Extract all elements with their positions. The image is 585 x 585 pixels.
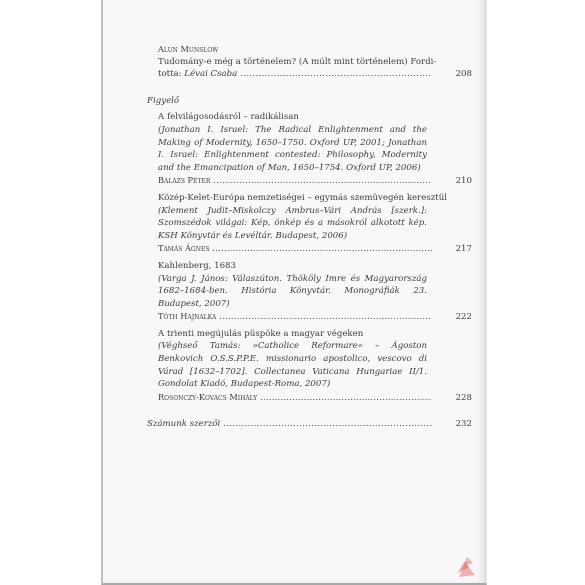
page-number: 208	[432, 68, 472, 81]
publisher-logo-icon	[455, 553, 477, 579]
entry-review-reference: (Klement Judit–Miskolczy Ambrus–Vári And…	[158, 205, 427, 243]
translator-name: Lévai Csaba	[184, 69, 237, 79]
entry-page-row: Tóth Hajnalka222	[158, 310, 472, 324]
section-heading-figyelo: Figyelő	[147, 95, 472, 108]
toc-entry-authors: Számunk szerzői 232	[147, 418, 472, 431]
entry-review-reference: (Varga J. János: Válaszúton. Thököly Imr…	[158, 273, 427, 311]
page-number: 228	[432, 392, 472, 405]
toc-entry: Közép-Kelet-Európa nemzetiségei – egymás…	[158, 192, 472, 256]
entry-title: Kahlenberg, 1683	[158, 260, 472, 273]
toc-entry: Kahlenberg, 1683(Varga J. János: Válaszú…	[158, 260, 472, 324]
entry-page-row: totta: Lévai Csaba 208	[158, 68, 472, 81]
page-number: 217	[432, 243, 472, 256]
entry-title: A trienti megújulás püspöke a magyar vég…	[158, 328, 472, 341]
page-number: 210	[432, 175, 472, 188]
entry-author: Tóth Hajnalka	[158, 310, 432, 323]
entry-review-reference: (Véghseő Tamás: »Catholice Reformare« – …	[158, 340, 427, 390]
authors-section-label: Számunk szerzői	[147, 418, 432, 431]
entry-title: A felvilágosodásról – radikálisan	[158, 111, 472, 124]
entry-review-reference: (Jonathan I. Israel: The Radical Enlight…	[158, 124, 427, 174]
toc-entry-munslow: Alun Munslow Tudomány-e még a történelem…	[158, 43, 472, 81]
entry-page-row: Tamás Ágnes217	[158, 242, 472, 256]
page-number: 222	[432, 311, 472, 324]
entry-author: Alun Munslow	[158, 43, 472, 56]
entry-author: Rosonczy-Kovács Mihály	[158, 391, 432, 404]
entry-author: Tamás Ágnes	[158, 242, 432, 255]
entry-page-row: Balázs Péter210	[158, 174, 472, 188]
entry-title-line: Tudomány-e még a történelem? (A múlt min…	[158, 56, 472, 69]
page-number: 232	[432, 418, 472, 431]
entry-author: Balázs Péter	[158, 174, 432, 187]
entry-title: Közép-Kelet-Európa nemzetiségei – egymás…	[158, 192, 472, 205]
table-of-contents: Alun Munslow Tudomány-e még a történelem…	[147, 43, 472, 431]
entry-page-row: Rosonczy-Kovács Mihály228	[158, 391, 472, 405]
toc-entry: A felvilágosodásról – radikálisan(Jonath…	[158, 111, 472, 188]
figyelo-entries: A felvilágosodásról – radikálisan(Jonath…	[147, 111, 472, 404]
entry-title-continuation: totta: Lévai Csaba	[158, 68, 432, 81]
title-prefix: totta:	[158, 69, 184, 79]
toc-entry: A trienti megújulás püspöke a magyar vég…	[158, 328, 472, 405]
